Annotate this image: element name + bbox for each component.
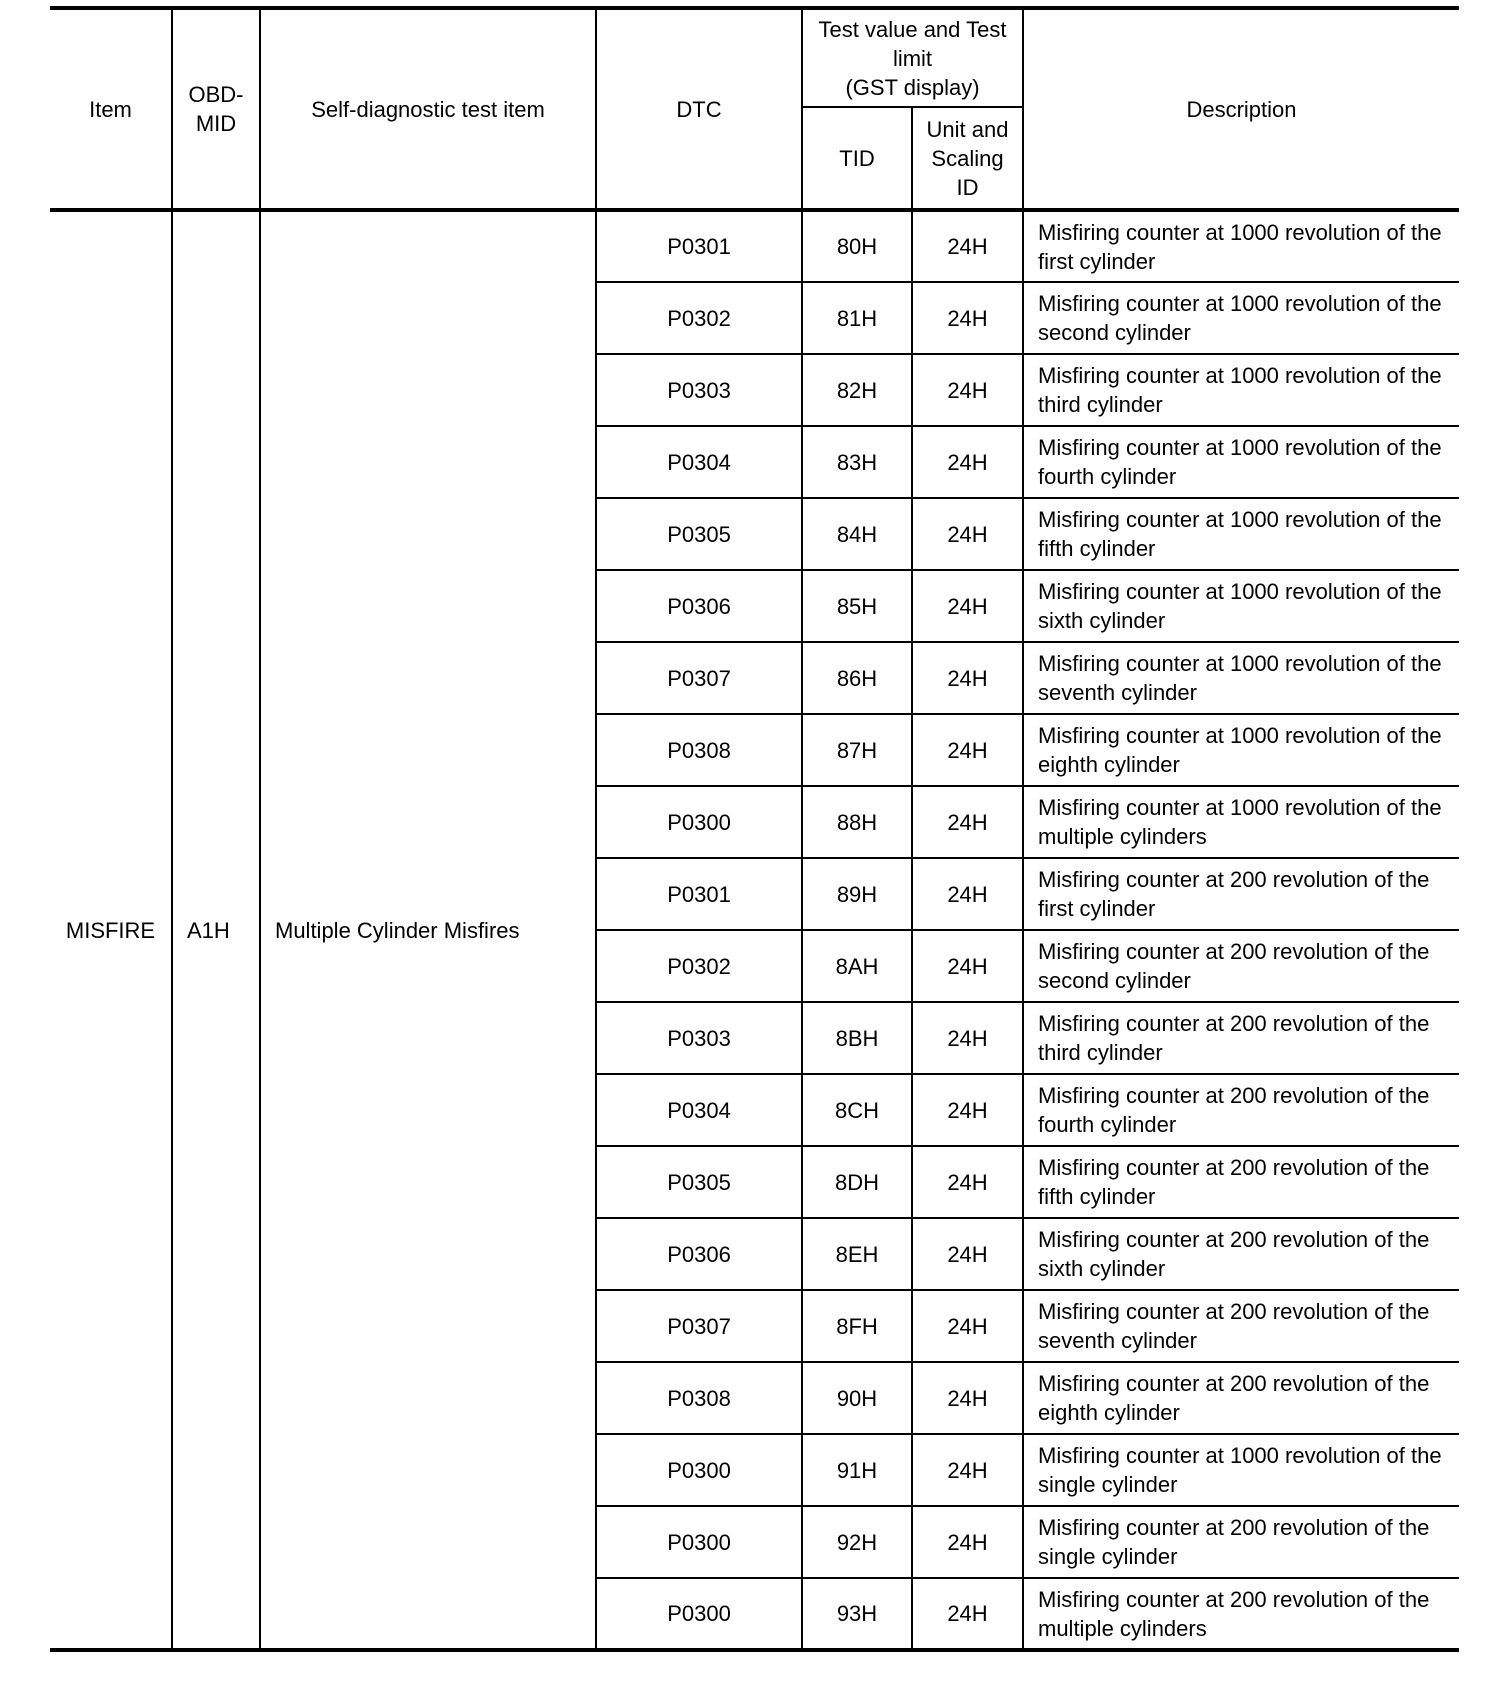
header-dtc: DTC [596,8,802,210]
tid-cell: 80H [802,210,912,282]
unit-scaling-id-cell: 24H [912,1074,1023,1146]
description-cell: Misfiring counter at 200 revolution of t… [1023,1074,1459,1146]
unit-scaling-id-cell: 24H [912,786,1023,858]
obd-mid-cell: A1H [172,210,260,1650]
description-cell: Misfiring counter at 1000 revolution of … [1023,786,1459,858]
tid-cell: 83H [802,426,912,498]
unit-scaling-id-cell: 24H [912,1578,1023,1650]
description-cell: Misfiring counter at 1000 revolution of … [1023,426,1459,498]
dtc-cell: P0300 [596,786,802,858]
unit-scaling-id-cell: 24H [912,642,1023,714]
tid-cell: 86H [802,642,912,714]
tid-cell: 85H [802,570,912,642]
dtc-cell: P0301 [596,210,802,282]
tid-cell: 81H [802,282,912,354]
tid-cell: 89H [802,858,912,930]
description-cell: Misfiring counter at 1000 revolution of … [1023,354,1459,426]
unit-scaling-id-cell: 24H [912,498,1023,570]
description-cell: Misfiring counter at 1000 revolution of … [1023,1434,1459,1506]
tid-cell: 91H [802,1434,912,1506]
header-description: Description [1023,8,1459,210]
unit-scaling-id-cell: 24H [912,1218,1023,1290]
dtc-cell: P0302 [596,930,802,1002]
description-cell: Misfiring counter at 1000 revolution of … [1023,210,1459,282]
description-cell: Misfiring counter at 200 revolution of t… [1023,1362,1459,1434]
description-cell: Misfiring counter at 200 revolution of t… [1023,930,1459,1002]
tid-cell: 8FH [802,1290,912,1362]
tid-cell: 8BH [802,1002,912,1074]
header-dtc-label: DTC [676,97,721,122]
table-body: MISFIREA1HMultiple Cylinder Misfires P03… [50,210,1459,1650]
header-test-value-line3: (GST display) [845,75,979,100]
unit-scaling-id-cell: 24H [912,426,1023,498]
tid-cell: 92H [802,1506,912,1578]
unit-scaling-id-cell: 24H [912,714,1023,786]
tid-cell: 90H [802,1362,912,1434]
dtc-cell: P0302 [596,282,802,354]
dtc-cell: P0305 [596,1146,802,1218]
tid-cell: 8AH [802,930,912,1002]
dtc-cell: P0307 [596,1290,802,1362]
item-cell: MISFIRE [50,210,172,1650]
self-diagnostic-test-item-cell: Multiple Cylinder Misfires [260,210,596,1650]
dtc-cell: P0304 [596,426,802,498]
header-obd-mid-line1: OBD- [189,82,244,107]
dtc-cell: P0300 [596,1434,802,1506]
header-unit-line3: ID [956,175,978,200]
dtc-cell: P0307 [596,642,802,714]
header-unit-scaling-id: Unit andScalingID [912,107,1023,210]
unit-scaling-id-cell: 24H [912,1290,1023,1362]
tid-cell: 88H [802,786,912,858]
header-unit-line1: Unit and [927,117,1009,142]
table-header: Item OBD-MID Self-diagnostic test item D… [50,8,1459,210]
dtc-cell: P0304 [596,1074,802,1146]
header-item: Item [50,8,172,210]
description-cell: Misfiring counter at 1000 revolution of … [1023,642,1459,714]
description-cell: Misfiring counter at 200 revolution of t… [1023,1578,1459,1650]
description-cell: Misfiring counter at 1000 revolution of … [1023,714,1459,786]
unit-scaling-id-cell: 24H [912,210,1023,282]
header-test-value-label: Test value and Testlimit(GST display) [819,15,1007,102]
tid-cell: 93H [802,1578,912,1650]
header-test-value-and-limit: Test value and Testlimit(GST display) [802,8,1023,107]
description-cell: Misfiring counter at 200 revolution of t… [1023,1146,1459,1218]
description-cell: Misfiring counter at 200 revolution of t… [1023,1506,1459,1578]
unit-scaling-id-cell: 24H [912,570,1023,642]
dtc-cell: P0305 [596,498,802,570]
header-self-diagnostic-label: Self-diagnostic test item [311,97,545,122]
dtc-cell: P0308 [596,714,802,786]
header-tid: TID [802,107,912,210]
unit-scaling-id-cell: 24H [912,1146,1023,1218]
tid-cell: 8EH [802,1218,912,1290]
header-obd-mid-label: OBD-MID [189,80,244,138]
header-obd-mid: OBD-MID [172,8,260,210]
unit-scaling-id-cell: 24H [912,858,1023,930]
unit-scaling-id-cell: 24H [912,282,1023,354]
description-cell: Misfiring counter at 1000 revolution of … [1023,570,1459,642]
dtc-cell: P0300 [596,1578,802,1650]
tid-cell: 87H [802,714,912,786]
header-test-value-line1: Test value and Test [819,17,1007,42]
tid-cell: 84H [802,498,912,570]
table-row: MISFIREA1HMultiple Cylinder Misfires P03… [50,210,1459,282]
dtc-cell: P0306 [596,1218,802,1290]
dtc-cell: P0300 [596,1506,802,1578]
description-cell: Misfiring counter at 200 revolution of t… [1023,1218,1459,1290]
tid-cell: 82H [802,354,912,426]
unit-scaling-id-cell: 24H [912,1506,1023,1578]
unit-scaling-id-cell: 24H [912,1002,1023,1074]
header-tid-label: TID [839,146,874,171]
tid-cell: 8CH [802,1074,912,1146]
description-cell: Misfiring counter at 1000 revolution of … [1023,498,1459,570]
dtc-cell: P0301 [596,858,802,930]
tid-cell: 8DH [802,1146,912,1218]
unit-scaling-id-cell: 24H [912,1362,1023,1434]
header-test-value-line2: limit [893,46,932,71]
dtc-cell: P0303 [596,1002,802,1074]
dtc-cell: P0308 [596,1362,802,1434]
header-unit-label: Unit andScalingID [927,115,1009,202]
unit-scaling-id-cell: 24H [912,1434,1023,1506]
header-description-label: Description [1186,97,1296,122]
unit-scaling-id-cell: 24H [912,354,1023,426]
header-obd-mid-line2: MID [196,111,236,136]
unit-scaling-id-cell: 24H [912,930,1023,1002]
dtc-cell: P0303 [596,354,802,426]
description-cell: Misfiring counter at 200 revolution of t… [1023,1290,1459,1362]
header-item-label: Item [89,97,132,122]
description-cell: Misfiring counter at 200 revolution of t… [1023,858,1459,930]
header-self-diagnostic-test-item: Self-diagnostic test item [260,8,596,210]
description-cell: Misfiring counter at 200 revolution of t… [1023,1002,1459,1074]
obd-mid-misfire-table: Item OBD-MID Self-diagnostic test item D… [50,6,1459,1652]
header-unit-line2: Scaling [931,146,1003,171]
dtc-cell: P0306 [596,570,802,642]
description-cell: Misfiring counter at 1000 revolution of … [1023,282,1459,354]
